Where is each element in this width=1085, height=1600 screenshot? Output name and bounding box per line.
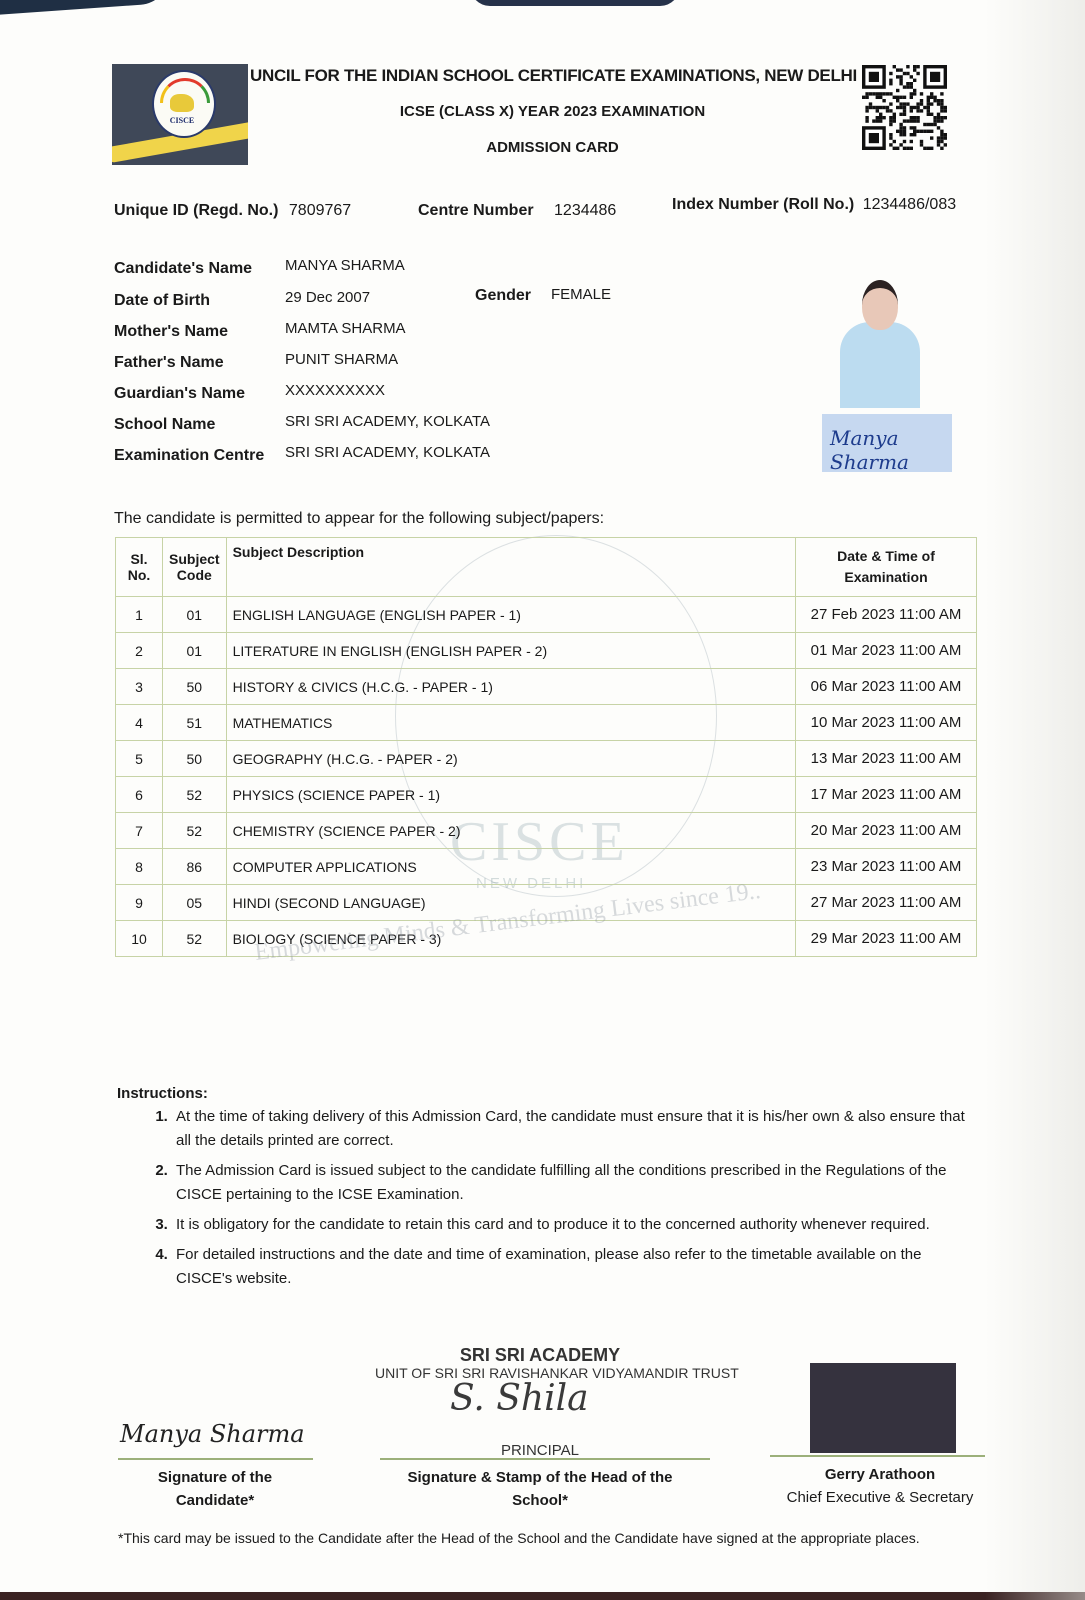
table-row: 451MATHEMATICS10 Mar 2023 11:00 AM <box>116 705 977 741</box>
exam-date-cell: 23 Mar 2023 11:00 AM <box>796 849 977 885</box>
exam-date-cell: 13 Mar 2023 11:00 AM <box>796 741 977 777</box>
index-number-value: 1234486/083 <box>863 196 956 213</box>
sl-no-cell: 10 <box>116 921 163 957</box>
sl-no-cell: 3 <box>116 669 163 705</box>
exam-date-cell: 06 Mar 2023 11:00 AM <box>796 669 977 705</box>
centre-number-label: Centre Number <box>418 202 534 219</box>
centre-number-field: Centre Number 1234486 <box>418 202 616 220</box>
guardian-name-label: Guardian's Name <box>114 385 245 403</box>
index-number-label: Index Number (Roll No.) <box>672 196 854 213</box>
signature-line <box>380 1458 710 1460</box>
table-row: 201LITERATURE IN ENGLISH (ENGLISH PAPER … <box>116 633 977 669</box>
subject-code-cell: 86 <box>163 849 227 885</box>
exam-date-cell: 27 Mar 2023 11:00 AM <box>796 885 977 921</box>
scan-edge-shadow <box>0 0 171 17</box>
subject-description-cell: COMPUTER APPLICATIONS <box>226 849 795 885</box>
candidate-photo: Manya Sharma <box>822 274 952 474</box>
subject-description-cell: ENGLISH LANGUAGE (ENGLISH PAPER - 1) <box>226 597 795 633</box>
subject-description-cell: HISTORY & CIVICS (H.C.G. - PAPER - 1) <box>226 669 795 705</box>
signature-line <box>118 1458 313 1460</box>
subject-code-cell: 01 <box>163 633 227 669</box>
subject-code-cell: 51 <box>163 705 227 741</box>
exam-date-cell: 17 Mar 2023 11:00 AM <box>796 777 977 813</box>
mother-name-label: Mother's Name <box>114 323 228 341</box>
sl-no-cell: 4 <box>116 705 163 741</box>
table-row: 101ENGLISH LANGUAGE (ENGLISH PAPER - 1)2… <box>116 597 977 633</box>
signature-line <box>770 1455 985 1457</box>
subject-description-cell: MATHEMATICS <box>226 705 795 741</box>
subject-code-cell: 50 <box>163 669 227 705</box>
father-name-value: PUNIT SHARMA <box>285 351 398 368</box>
sl-no-cell: 2 <box>116 633 163 669</box>
footnote: *This card may be issued to the Candidat… <box>118 1530 920 1546</box>
exam-date-cell: 01 Mar 2023 11:00 AM <box>796 633 977 669</box>
instructions-heading: Instructions: <box>117 1085 208 1102</box>
school-stamp-principal: PRINCIPAL <box>380 1442 700 1459</box>
table-row: 652PHYSICS (SCIENCE PAPER - 1)17 Mar 202… <box>116 777 977 813</box>
unique-id-label: Unique ID (Regd. No.) <box>114 202 278 219</box>
index-number-field: Index Number (Roll No.) 1234486/083 <box>672 196 956 214</box>
sl-no-cell: 1 <box>116 597 163 633</box>
page-edge-shade <box>985 0 1085 1600</box>
ceo-name: Gerry Arathoon <box>770 1466 990 1483</box>
instructions-list: At the time of taking delivery of this A… <box>140 1105 972 1297</box>
exam-date-cell: 10 Mar 2023 11:00 AM <box>796 705 977 741</box>
subject-description-cell: PHYSICS (SCIENCE PAPER - 1) <box>226 777 795 813</box>
head-signature-caption: Signature & Stamp of the Head of the Sch… <box>380 1466 700 1512</box>
sl-no-cell: 6 <box>116 777 163 813</box>
father-name-label: Father's Name <box>114 354 224 372</box>
school-name-value: SRI SRI ACADEMY, KOLKATA <box>285 413 490 430</box>
sl-no-cell: 9 <box>116 885 163 921</box>
table-row: 550GEOGRAPHY (H.C.G. - PAPER - 2)13 Mar … <box>116 741 977 777</box>
gender-label: Gender <box>475 287 531 305</box>
subject-code-cell: 52 <box>163 921 227 957</box>
guardian-name-value: XXXXXXXXXX <box>285 382 385 399</box>
subject-code-cell: 52 <box>163 777 227 813</box>
principal-signature: S. Shila <box>450 1378 589 1419</box>
subject-code-cell: 01 <box>163 597 227 633</box>
exam-centre-label: Examination Centre <box>114 447 264 465</box>
table-row: 886COMPUTER APPLICATIONS23 Mar 2023 11:0… <box>116 849 977 885</box>
subject-description-cell: CHEMISTRY (SCIENCE PAPER - 2) <box>226 813 795 849</box>
instruction-item: It is obligatory for the candidate to re… <box>172 1213 972 1237</box>
unique-id-field: Unique ID (Regd. No.) 7809767 <box>114 202 351 220</box>
subject-code-cell: 05 <box>163 885 227 921</box>
sl-no-cell: 8 <box>116 849 163 885</box>
sl-no-cell: 7 <box>116 813 163 849</box>
school-name-label: School Name <box>114 416 215 434</box>
subject-description-cell: LITERATURE IN ENGLISH (ENGLISH PAPER - 2… <box>226 633 795 669</box>
exam-centre-value: SRI SRI ACADEMY, KOLKATA <box>285 444 490 461</box>
col-sl-no: Sl. No. <box>116 538 163 597</box>
table-row: 350HISTORY & CIVICS (H.C.G. - PAPER - 1)… <box>116 669 977 705</box>
scan-edge-shadow <box>470 0 680 6</box>
photo-signature: Manya Sharma <box>822 414 952 472</box>
permit-statement: The candidate is permitted to appear for… <box>114 510 604 528</box>
sl-no-cell: 5 <box>116 741 163 777</box>
candidate-signature: Manya Sharma <box>120 1420 310 1448</box>
candidate-name-label: Candidate's Name <box>114 260 252 278</box>
instruction-item: For detailed instructions and the date a… <box>172 1243 972 1291</box>
centre-number-value: 1234486 <box>554 202 616 219</box>
ceo-signature-redacted <box>810 1363 956 1453</box>
exam-date-cell: 29 Mar 2023 11:00 AM <box>796 921 977 957</box>
dob-value: 29 Dec 2007 <box>285 289 370 306</box>
exam-date-cell: 20 Mar 2023 11:00 AM <box>796 813 977 849</box>
gender-value: FEMALE <box>551 286 611 303</box>
mother-name-value: MAMTA SHARMA <box>285 320 406 337</box>
subjects-table: Sl. No. Subject Code Subject Description… <box>115 537 977 957</box>
col-date-time: Date & Time of Examination <box>796 538 977 597</box>
scan-edge-shadow <box>0 1592 1085 1600</box>
col-subject-code: Subject Code <box>163 538 227 597</box>
candidate-name-value: MANYA SHARMA <box>285 257 405 274</box>
dob-label: Date of Birth <box>114 292 210 310</box>
instruction-item: At the time of taking delivery of this A… <box>172 1105 972 1153</box>
table-row: 752CHEMISTRY (SCIENCE PAPER - 2)20 Mar 2… <box>116 813 977 849</box>
school-stamp-name: SRI SRI ACADEMY <box>380 1345 700 1366</box>
col-subject-description: Subject Description <box>226 538 795 597</box>
subject-description-cell: GEOGRAPHY (H.C.G. - PAPER - 2) <box>226 741 795 777</box>
instruction-item: The Admission Card is issued subject to … <box>172 1159 972 1207</box>
ceo-title: Chief Executive & Secretary <box>770 1489 990 1506</box>
unique-id-value: 7809767 <box>289 202 351 219</box>
candidate-signature-caption: Signature of the Candidate* <box>130 1466 300 1512</box>
subject-code-cell: 52 <box>163 813 227 849</box>
subject-code-cell: 50 <box>163 741 227 777</box>
exam-date-cell: 27 Feb 2023 11:00 AM <box>796 597 977 633</box>
table-header-row: Sl. No. Subject Code Subject Description… <box>116 538 977 597</box>
council-title: UNCIL FOR THE INDIAN SCHOOL CERTIFICATE … <box>250 66 857 86</box>
qr-code-icon <box>862 60 947 155</box>
